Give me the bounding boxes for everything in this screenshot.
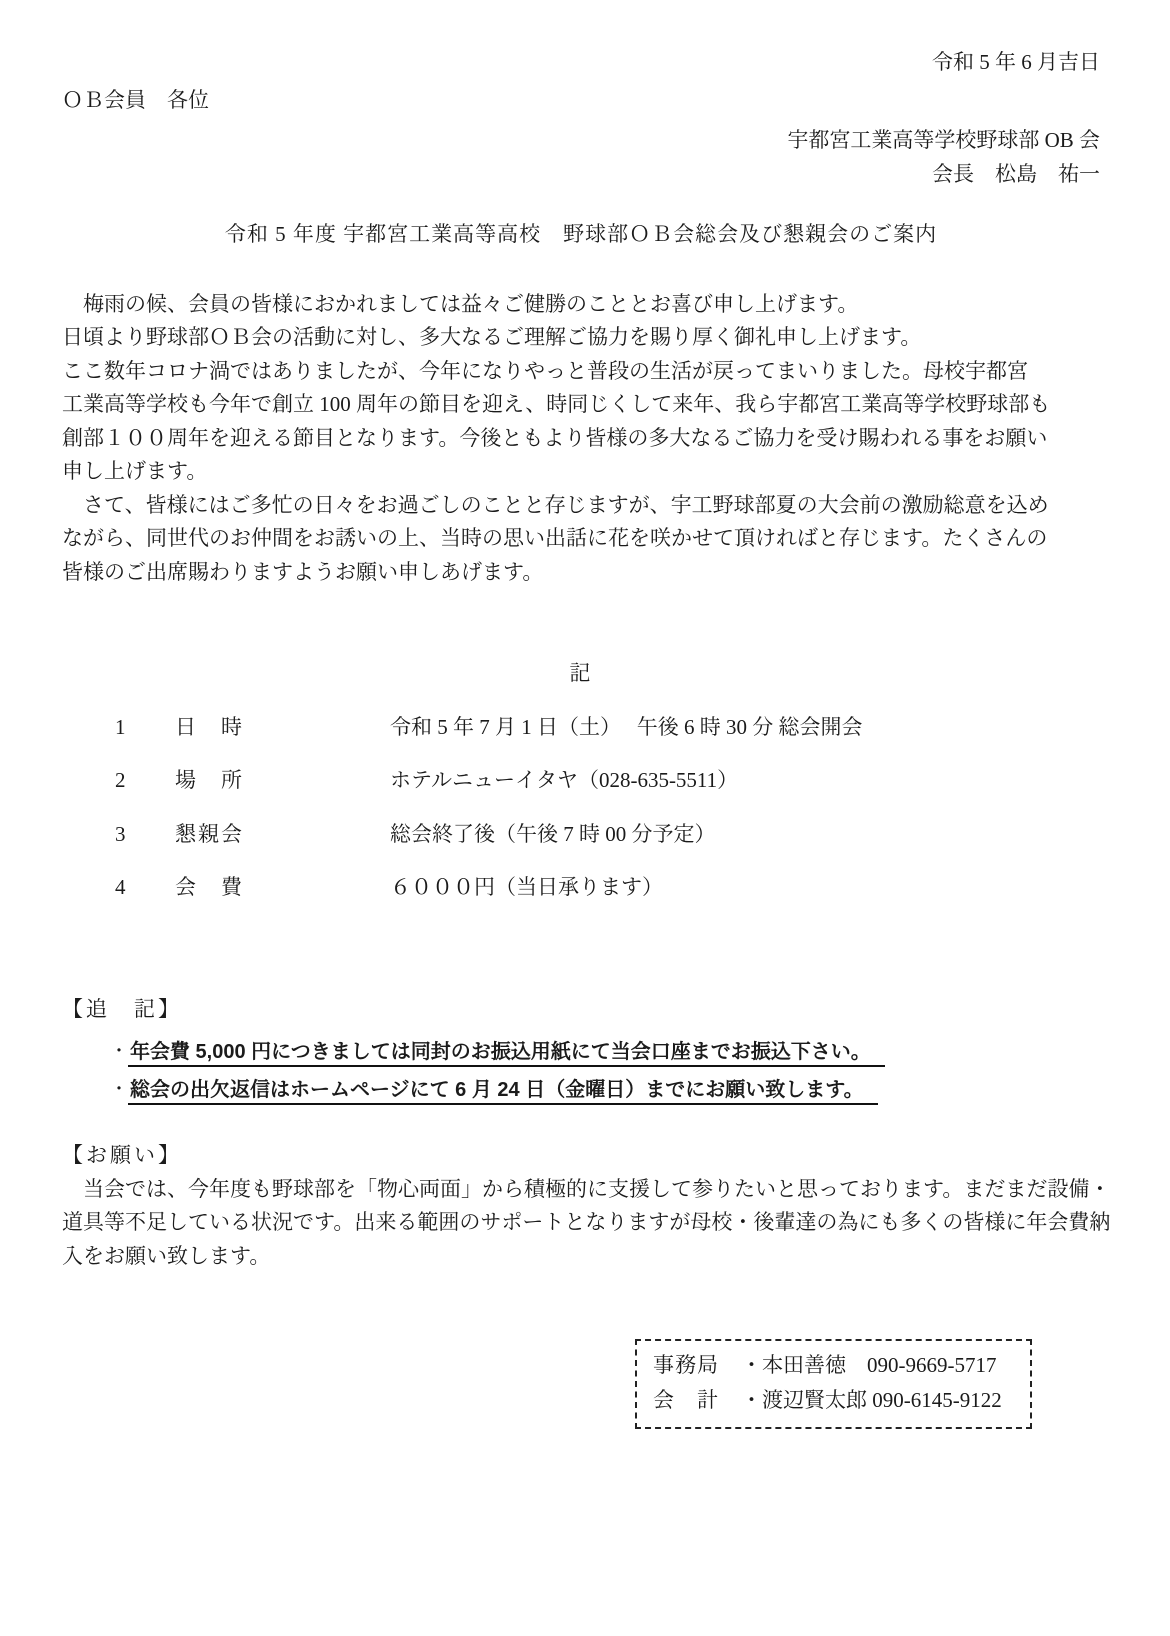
record-number: 2 (115, 764, 175, 798)
recipient: ＯＢ会員 各位 (62, 84, 1100, 118)
postscript-bullet-text: 総会の出欠返信はホームページにて 6 月 24 日（金曜日）までにお願い致します… (128, 1079, 878, 1105)
record-label: 日 時 (175, 711, 390, 745)
record-value: ６０００円（当日承ります） (390, 871, 1100, 905)
postscript-heading: 【追 記】 (62, 993, 1100, 1027)
record-value: ホテルニューイタヤ（028-635-5511） (390, 764, 1100, 798)
sender-organization: 宇都宮工業高等学校野球部 OB 会 (62, 124, 1100, 158)
postscript-bullet-text: 年会費 5,000 円につきましては同封のお振込用紙にて当会口座までお振込下さい… (128, 1041, 885, 1067)
bullet-marker: ・ (110, 1034, 128, 1068)
record-value: 総会終了後（午後 7 時 00 分予定） (390, 818, 1100, 852)
record-list: 1 日 時 令和 5 年 7 月 1 日（土） 午後 6 時 30 分 総会開会… (62, 711, 1100, 905)
contact-label: 会 計 (653, 1383, 741, 1418)
document-title: 令和 5 年度 宇都宮工業高等高校 野球部ＯＢ会総会及び懇親会のご案内 (62, 218, 1100, 252)
document-date: 令和 5 年 6 月吉日 (62, 46, 1100, 80)
record-item-datetime: 1 日 時 令和 5 年 7 月 1 日（土） 午後 6 時 30 分 総会開会 (62, 711, 1100, 745)
sender-representative: 会長 松島 祐一 (62, 158, 1100, 192)
record-label: 懇親会 (175, 818, 390, 852)
contact-row-secretariat: 事務局 ・本田善徳 090-9669-5717 (653, 1348, 1014, 1383)
postscript-bullet-1: ・年会費 5,000 円につきましては同封のお振込用紙にて当会口座までお振込下さ… (110, 1034, 1100, 1069)
record-number: 4 (115, 871, 175, 905)
record-value: 令和 5 年 7 月 1 日（土） 午後 6 時 30 分 総会開会 (390, 711, 1100, 745)
postscript-bullet-2: ・総会の出欠返信はホームページにて 6 月 24 日（金曜日）までにお願い致しま… (110, 1072, 1100, 1107)
postscript-bullet-list: ・年会費 5,000 円につきましては同封のお振込用紙にて当会口座までお振込下さ… (62, 1034, 1100, 1107)
request-body-text: 当会では、今年度も野球部を「物心両面」から積極的に支援して参りたいと思っておりま… (62, 1173, 1100, 1274)
contact-label: 事務局 (653, 1348, 741, 1383)
sender-block: 宇都宮工業高等学校野球部 OB 会 会長 松島 祐一 (62, 124, 1100, 191)
record-number: 1 (115, 711, 175, 745)
record-item-fee: 4 会 費 ６０００円（当日承ります） (62, 871, 1100, 905)
record-item-party: 3 懇親会 総会終了後（午後 7 時 00 分予定） (62, 818, 1100, 852)
record-label: 会 費 (175, 871, 390, 905)
record-item-place: 2 場 所 ホテルニューイタヤ（028-635-5511） (62, 764, 1100, 798)
bullet-marker: ・ (110, 1072, 128, 1106)
record-label: 場 所 (175, 764, 390, 798)
contact-row-accounting: 会 計 ・渡辺賢太郎 090-6145-9122 (653, 1383, 1014, 1418)
request-heading: 【お願い】 (62, 1139, 1100, 1173)
contact-box: 事務局 ・本田善徳 090-9669-5717 会 計 ・渡辺賢太郎 090-6… (635, 1339, 1032, 1429)
contact-value: ・本田善徳 090-9669-5717 (741, 1348, 1014, 1383)
contact-value: ・渡辺賢太郎 090-6145-9122 (741, 1383, 1014, 1418)
record-number: 3 (115, 818, 175, 852)
record-heading: 記 (62, 657, 1100, 691)
letter-page: 令和 5 年 6 月吉日 ＯＢ会員 各位 宇都宮工業高等学校野球部 OB 会 会… (0, 0, 1170, 1636)
opening-body-text: 梅雨の候、会員の皆様におかれましては益々ご健勝のこととお喜び申し上げます。 日頃… (62, 288, 1100, 590)
